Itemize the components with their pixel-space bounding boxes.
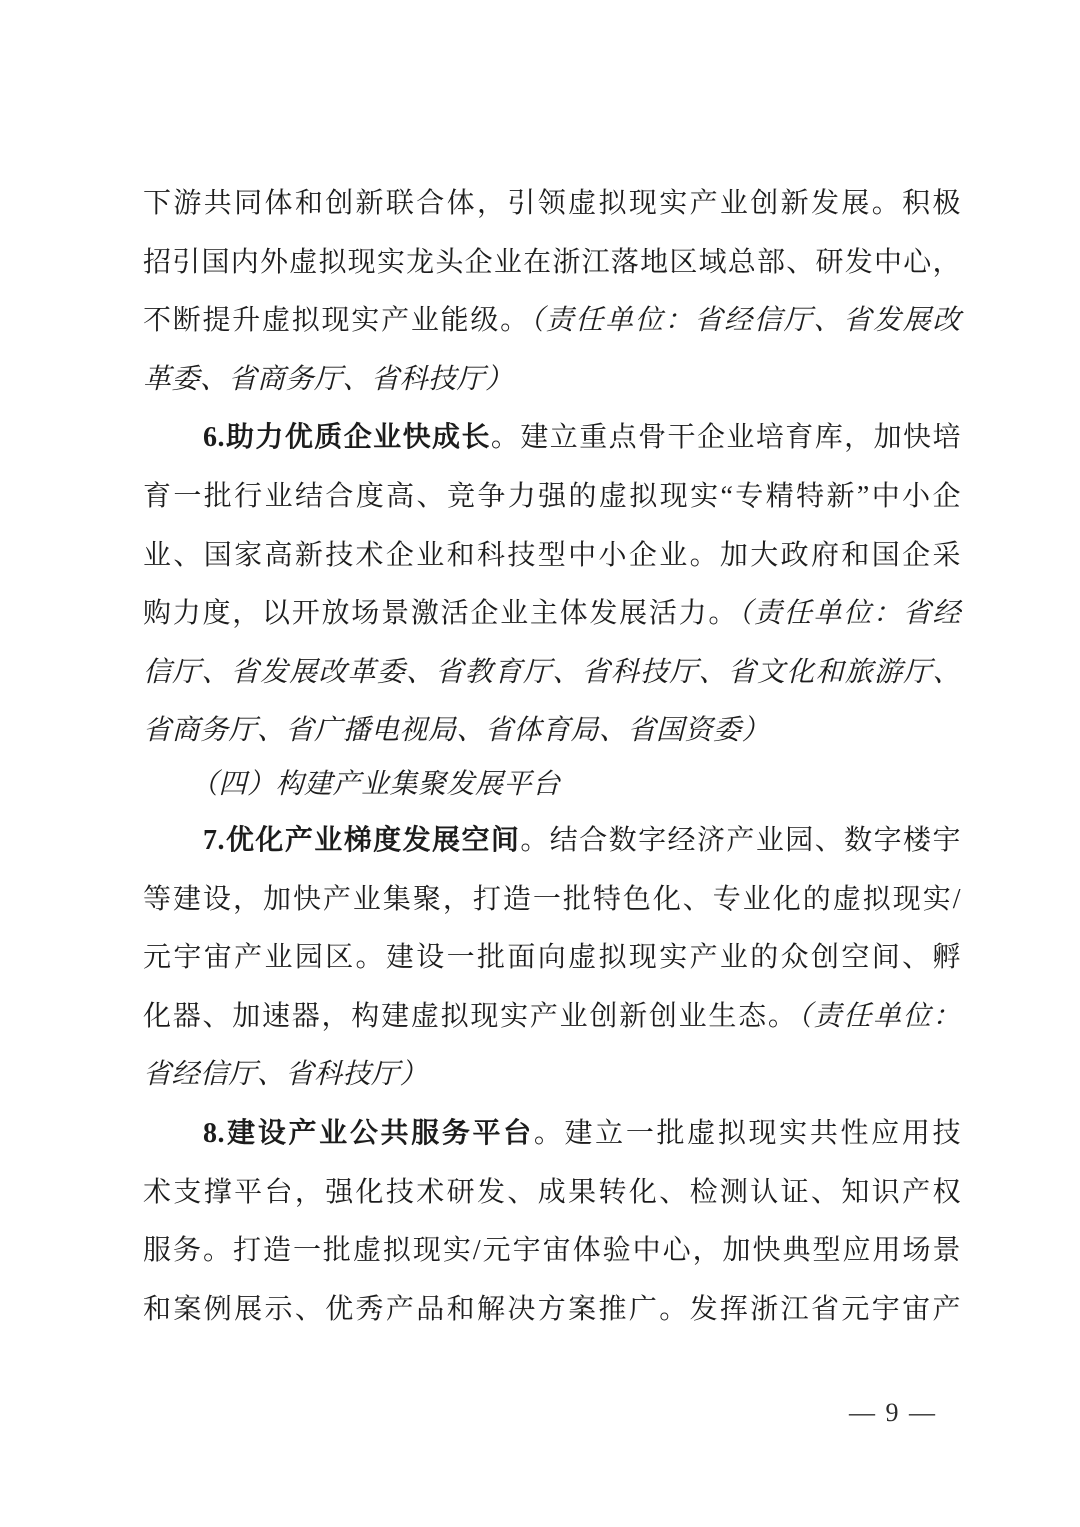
body-text: 元宇宙产业园区。建设一批面向虚拟现实产业的众创空间、孵 (143, 942, 961, 973)
kaiti-text: （责任单位：省经信厅、省发展改 (530, 305, 961, 336)
text-line: 省经信厅、省科技厅） (143, 1046, 961, 1105)
kaiti-text: （责任单位： (798, 1001, 961, 1032)
text-line: 不断提升虚拟现实产业能级。（责任单位：省经信厅、省发展改 (143, 292, 961, 351)
text-line: 服务。打造一批虚拟现实/元宇宙体验中心，加快典型应用场景 (143, 1222, 961, 1281)
body-text: 购力度，以开放场景激活企业主体发展活力。 (143, 598, 738, 629)
body-text: 化器、加速器，构建虚拟现实产业创新创业生态。 (143, 1001, 798, 1032)
body-text: 下游共同体和创新联合体，引领虚拟现实产业创新发展。积极 (143, 188, 961, 219)
text-line: 购力度，以开放场景激活企业主体发展活力。（责任单位：省经 (143, 585, 961, 644)
text-line: （四）构建产业集聚发展平台 (143, 761, 961, 808)
kaiti-text: 信厅、省发展改革委、省教育厅、省科技厅、省文化和旅游厅、 (143, 657, 961, 688)
text-line: 等建设，加快产业集聚，打造一批特色化、专业化的虚拟现实/ (143, 871, 961, 930)
text-line: 革委、省商务厅、省科技厅） (143, 351, 961, 410)
text-line: 业、国家高新技术企业和科技型中小企业。加大政府和国企采 (143, 527, 961, 586)
body-text: 业、国家高新技术企业和科技型中小企业。加大政府和国企采 (143, 540, 961, 571)
body-text: 育一批行业结合度高、竞争力强的虚拟现实“专精特新”中小企 (143, 481, 961, 512)
text-line: 育一批行业结合度高、竞争力强的虚拟现实“专精特新”中小企 (143, 468, 961, 527)
text-line: 省商务厅、省广播电视局、省体育局、省国资委） (143, 702, 961, 761)
body-text: 术支撑平台，强化技术研发、成果转化、检测认证、知识产权 (143, 1177, 961, 1208)
kaiti-text: 省经信厅、省科技厅） (143, 1059, 428, 1090)
bold-heading-text: 8.建设产业公共服务平台 (203, 1118, 534, 1149)
text-line: 化器、加速器，构建虚拟现实产业创新创业生态。（责任单位： (143, 988, 961, 1047)
document-body: 下游共同体和创新联合体，引领虚拟现实产业创新发展。积极招引国内外虚拟现实龙头企业… (143, 175, 961, 1339)
body-text: 服务。打造一批虚拟现实/元宇宙体验中心，加快典型应用场景 (143, 1235, 961, 1266)
body-text: 招引国内外虚拟现实龙头企业在浙江落地区域总部、研发中心， (143, 247, 961, 278)
text-line: 7.优化产业梯度发展空间。结合数字经济产业园、数字楼宇 (143, 812, 961, 871)
text-line: 8.建设产业公共服务平台。建立一批虚拟现实共性应用技 (143, 1105, 961, 1164)
body-text: 和案例展示、优秀产品和解决方案推广。发挥浙江省元宇宙产 (143, 1294, 961, 1325)
kaiti-text: （四）构建产业集聚发展平台 (190, 769, 561, 800)
bold-heading-text: 6.助力优质企业快成长 (203, 422, 491, 453)
text-line: 元宇宙产业园区。建设一批面向虚拟现实产业的众创空间、孵 (143, 929, 961, 988)
body-text: 等建设，加快产业集聚，打造一批特色化、专业化的虚拟现实/ (143, 884, 961, 915)
body-text: 不断提升虚拟现实产业能级。 (143, 305, 530, 336)
text-line: 下游共同体和创新联合体，引领虚拟现实产业创新发展。积极 (143, 175, 961, 234)
text-line: 术支撑平台，强化技术研发、成果转化、检测认证、知识产权 (143, 1164, 961, 1223)
body-text: 。建立一批虚拟现实共性应用技 (534, 1118, 961, 1149)
kaiti-text: 省商务厅、省广播电视局、省体育局、省国资委） (143, 715, 770, 746)
document-page: 下游共同体和创新联合体，引领虚拟现实产业创新发展。积极招引国内外虚拟现实龙头企业… (0, 0, 1080, 1527)
text-line: 信厅、省发展改革委、省教育厅、省科技厅、省文化和旅游厅、 (143, 644, 961, 703)
kaiti-text: （责任单位：省经 (738, 598, 961, 629)
text-line: 6.助力优质企业快成长。建立重点骨干企业培育库，加快培 (143, 409, 961, 468)
text-line: 招引国内外虚拟现实龙头企业在浙江落地区域总部、研发中心， (143, 234, 961, 293)
kaiti-text: 革委、省商务厅、省科技厅） (143, 364, 514, 395)
page-number: — 9 — (849, 1398, 937, 1428)
body-text: 。结合数字经济产业园、数字楼宇 (520, 825, 961, 856)
body-text: 。建立重点骨干企业培育库，加快培 (491, 422, 961, 453)
bold-heading-text: 7.优化产业梯度发展空间 (203, 825, 520, 856)
text-line: 和案例展示、优秀产品和解决方案推广。发挥浙江省元宇宙产 (143, 1281, 961, 1340)
